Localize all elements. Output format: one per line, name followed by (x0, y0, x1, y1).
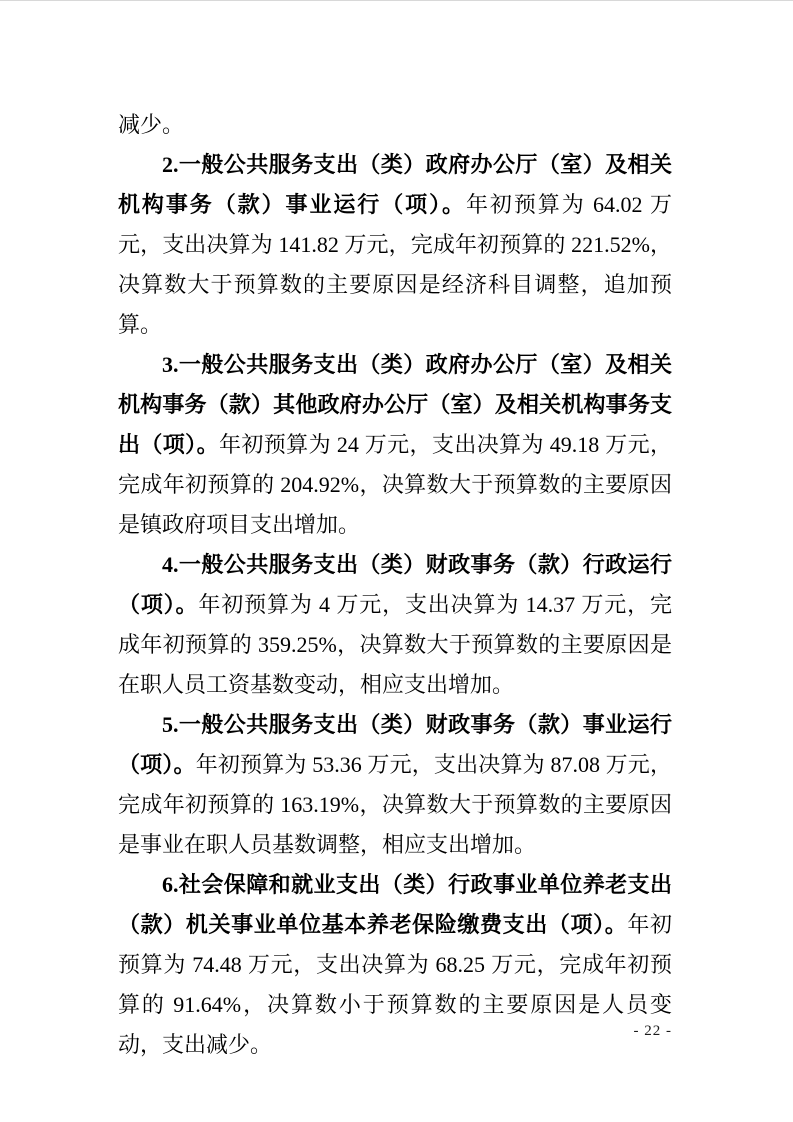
paragraph-item-2: 2.一般公共服务支出（类）政府办公厅（室）及相关机构事务（款）事业运行（项）。年… (118, 145, 672, 345)
paragraph-continuation: 减少。 (118, 105, 672, 145)
document-body: 减少。 2.一般公共服务支出（类）政府办公厅（室）及相关机构事务（款）事业运行（… (118, 105, 672, 1065)
paragraph-item-3: 3.一般公共服务支出（类）政府办公厅（室）及相关机构事务（款）其他政府办公厅（室… (118, 345, 672, 545)
paragraph-item-4: 4.一般公共服务支出（类）财政事务（款）行政运行（项）。年初预算为 4 万元，支… (118, 545, 672, 705)
paragraph-item-5: 5.一般公共服务支出（类）财政事务（款）事业运行（项）。年初预算为 53.36 … (118, 705, 672, 865)
paragraph-body-text: 年初预算为 53.36 万元，支出决算为 87.08 万元，完成年初预算的 16… (118, 752, 672, 857)
document-page: 减少。 2.一般公共服务支出（类）政府办公厅（室）及相关机构事务（款）事业运行（… (0, 0, 793, 1122)
page-number: - 22 - (634, 1022, 673, 1040)
paragraph-body-text: 年初预算为 4 万元，支出决算为 14.37 万元，完成年初预算的 359.25… (118, 592, 672, 697)
scan-edge-line (0, 0, 793, 1)
paragraph-heading: 6.社会保障和就业支出（类）行政事业单位养老支出（款）机关事业单位基本养老保险缴… (118, 872, 672, 937)
paragraph-body-text: 减少。 (118, 112, 184, 137)
paragraph-item-6: 6.社会保障和就业支出（类）行政事业单位养老支出（款）机关事业单位基本养老保险缴… (118, 865, 672, 1065)
